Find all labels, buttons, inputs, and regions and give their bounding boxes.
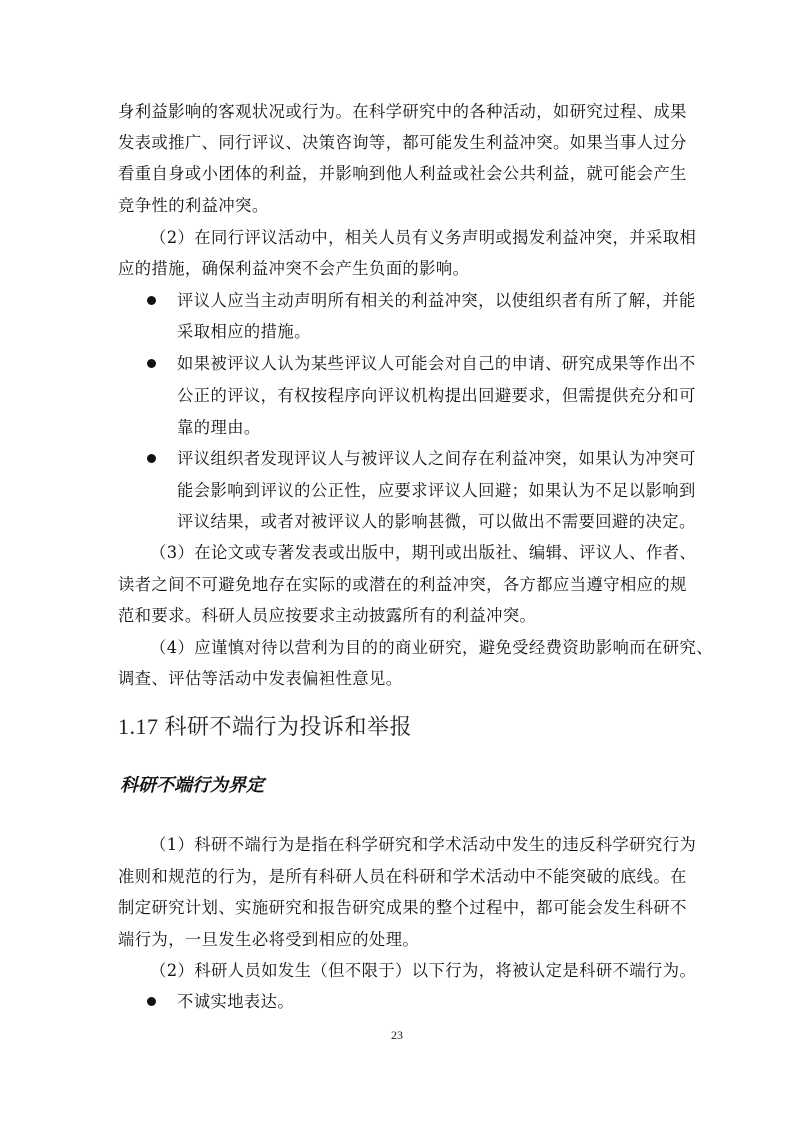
paragraph-line: （3）在论文或专著发表或出版中，期刊或出版社、编辑、评议人、作者、 — [150, 543, 710, 563]
page-number: 23 — [0, 1028, 794, 1043]
paragraph-line: 身利益影响的客观状况或行为。在科学研究中的各种活动，如研究过程、成果 — [118, 102, 678, 122]
bullet-text: 如果被评议人认为某些评议人可能会对自己的申请、研究成果等作出不 — [177, 354, 677, 374]
paragraph-line: 端行为，一旦发生必将受到相应的处理。 — [118, 930, 678, 950]
paragraph-line: （2）科研人员如发生（但不限于）以下行为，将被认定是科研不端行为。 — [150, 961, 710, 981]
paragraph-line: 应的措施，确保利益冲突不会产生负面的影响。 — [118, 259, 678, 279]
bullet-text: 评议结果，或者对被评议人的影响甚微，可以做出不需要回避的决定。 — [177, 512, 677, 532]
bullet-icon — [147, 997, 156, 1006]
paragraph-line: 制定研究计划、实施研究和报告研究成果的整个过程中，都可能会发生科研不 — [118, 898, 678, 918]
bullet-text: 公正的评议，有权按程序向评议机构提出回避要求，但需提供充分和可 — [177, 386, 677, 406]
paragraph-line: （2）在同行评议活动中，相关人员有义务声明或揭发利益冲突，并采取相 — [150, 228, 710, 248]
bullet-icon — [147, 296, 156, 305]
paragraph-line: 看重自身或小团体的利益，并影响到他人利益或社会公共利益，就可能会产生 — [118, 164, 678, 184]
bullet-icon — [147, 359, 156, 368]
paragraph-line: （4）应谨慎对待以营利为目的的商业研究，避免受经费资助影响而在研究、 — [150, 638, 710, 658]
paragraph-line: 准则和规范的行为，是所有科研人员在科研和学术活动中不能突破的底线。在 — [118, 867, 678, 887]
bullet-text: 不诚实地表达。 — [177, 992, 677, 1012]
bullet-text: 能会影响到评议的公正性，应要求评议人回避；如果认为不足以影响到 — [177, 481, 677, 501]
bullet-text: 评议组织者发现评议人与被评议人之间存在利益冲突，如果认为冲突可 — [177, 449, 677, 469]
paragraph-line: （1）科研不端行为是指在科学研究和学术活动中发生的违反科学研究行为 — [150, 835, 710, 855]
paragraph-line: 发表或推广、同行评议、决策咨询等，都可能发生利益冲突。如果当事人过分 — [118, 133, 678, 153]
bullet-icon — [147, 454, 156, 463]
bullet-text: 靠的理由。 — [177, 418, 677, 438]
subsection-heading: 科研不端行为界定 — [120, 774, 264, 798]
bullet-text: 采取相应的措施。 — [177, 322, 677, 342]
paragraph-line: 范和要求。科研人员应按要求主动披露所有的利益冲突。 — [118, 606, 678, 626]
bullet-text: 评议人应当主动声明所有相关的利益冲突，以使组织者有所了解，并能 — [177, 291, 677, 311]
paragraph-line: 读者之间不可避免地存在实际的或潜在的利益冲突，各方都应当遵守相应的规 — [118, 575, 678, 595]
section-heading: 1.17 科研不端行为投诉和举报 — [118, 714, 412, 740]
paragraph-line: 竞争性的利益冲突。 — [118, 196, 678, 216]
paragraph-line: 调查、评估等活动中发表偏袒性意见。 — [118, 669, 678, 689]
